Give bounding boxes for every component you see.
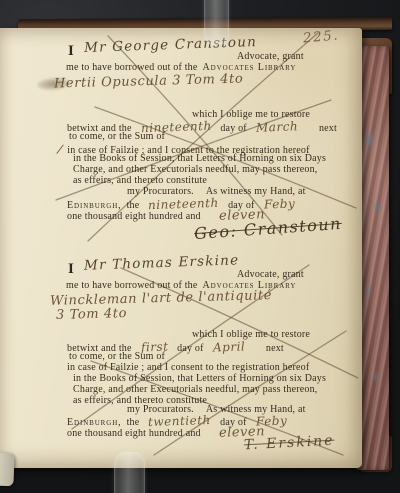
page-sliver-bottom-left <box>0 453 15 487</box>
book-title: Hertii Opuscula 3 Tom 4to <box>54 72 244 92</box>
page-strap-bottom <box>114 452 145 493</box>
borrower-signature: T. Erskine <box>244 433 335 454</box>
printed-text: As witness my Hand, at <box>206 186 306 197</box>
printed-text: in case of Failzie ; and I consent to th… <box>67 362 309 373</box>
printed-text: one thousand eight hundred and <box>67 211 201 222</box>
printed-text: next <box>319 123 337 134</box>
advocate-grant-label: Advocate, grant <box>237 51 304 62</box>
page-number: 225. <box>302 27 339 46</box>
charge-line: Charge, and other Executorials needful, … <box>73 384 317 395</box>
sum-line: to come, or the Sum of <box>69 131 165 142</box>
printed-text: next <box>266 343 284 354</box>
oblige-line: which I oblige me to restore <box>192 329 310 340</box>
borrower-name: Mr Thomas Erskine <box>84 252 240 273</box>
effeirs-line: as effeirs, and thereto constitute <box>73 175 207 186</box>
charge-line: Charge, and other Executorials needful, … <box>73 164 317 175</box>
page-strap-top <box>204 0 229 45</box>
failzie-line: in case of Failzie ; and I consent to th… <box>62 362 309 373</box>
printed-text: my Procurators. <box>127 186 194 197</box>
photo-scene: 225. I Mr George Cranstoun Advocate, gra… <box>0 0 400 493</box>
form-initial: I <box>68 261 74 278</box>
printed-text: me to have borrowed out of the <box>66 62 198 73</box>
handwritten-return-month: April <box>212 339 245 354</box>
session-line: in the Books of Session, that Letters of… <box>73 373 326 384</box>
session-line: in the Books of Session, that Letters of… <box>73 153 326 164</box>
printed-text: day of <box>220 123 246 134</box>
margin-tick: / <box>57 142 64 157</box>
printed-text: day of <box>177 343 203 354</box>
borrowed-from-line: me to have borrowed out of the Advocates… <box>66 62 296 73</box>
advocate-grant-label: Advocate, grant <box>237 269 304 280</box>
document-page: 225. I Mr George Cranstoun Advocate, gra… <box>0 28 362 468</box>
handwritten-return-month: March <box>256 119 299 134</box>
book-title-line2: 3 Tom 4to <box>56 306 127 323</box>
printed-text: one thousand eight hundred and <box>67 428 201 439</box>
sum-line: to come, or the Sum of <box>69 351 165 362</box>
form-initial: I <box>68 43 74 60</box>
printed-text: me to have borrowed out of the <box>66 280 198 291</box>
borrower-name: Mr George Cranstoun <box>84 34 257 56</box>
book-title: Winckleman l'art de l'antiquité <box>50 288 272 309</box>
